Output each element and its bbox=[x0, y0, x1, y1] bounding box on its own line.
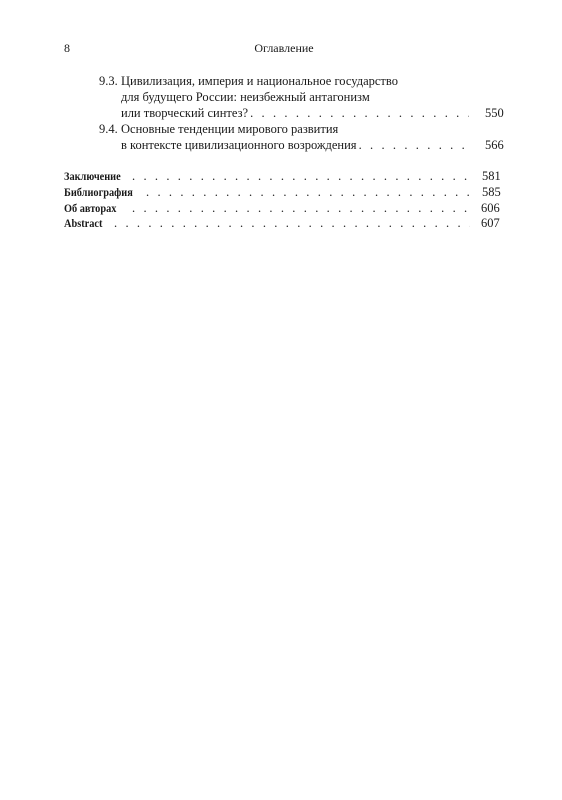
toc-chapter-conclusion[interactable]: Заключение . . . . . . . . . . . . . . .… bbox=[64, 169, 470, 184]
toc-page-number: 581 bbox=[482, 169, 501, 184]
toc-entry-line-leader: или творческий синтез? . . . . . . . . .… bbox=[121, 106, 469, 121]
dot-leader: . . . . . . . . . . . . . . . . . . . . … bbox=[132, 201, 470, 216]
toc-entry-9-3[interactable]: 9.3. bbox=[99, 74, 118, 89]
toc-entry-line-leader: в контексте цивилизационного возрождения… bbox=[121, 138, 469, 153]
toc-page-number: 550 bbox=[485, 106, 504, 121]
toc-page-number: 585 bbox=[482, 185, 501, 200]
toc-chapter-authors[interactable]: Об авторах . . . . . . . . . . . . . . .… bbox=[64, 201, 470, 216]
toc-chapter-bibliography[interactable]: Библиография . . . . . . . . . . . . . .… bbox=[64, 185, 470, 200]
dot-leader: . . . . . . . . . . . . . . . . . . . . … bbox=[359, 138, 469, 153]
toc-page-number: 566 bbox=[485, 138, 504, 153]
toc-entry-9-4[interactable]: 9.4. bbox=[99, 122, 118, 137]
toc-chapter-abstract[interactable]: Abstract . . . . . . . . . . . . . . . .… bbox=[64, 216, 470, 231]
toc-entry-line: Основные тенденции мирового развития bbox=[121, 122, 338, 137]
toc-page-number: 606 bbox=[481, 201, 500, 216]
dot-leader: . . . . . . . . . . . . . . . . . . . . … bbox=[250, 106, 469, 121]
dot-leader: . . . . . . . . . . . . . . . . . . . . … bbox=[132, 169, 470, 184]
dot-leader: . . . . . . . . . . . . . . . . . . . . … bbox=[146, 185, 470, 200]
running-title: Оглавление bbox=[64, 41, 504, 56]
page-header: 8 Оглавление bbox=[64, 41, 504, 57]
toc-entry-line: Цивилизация, империя и национальное госу… bbox=[121, 74, 398, 89]
dot-leader: . . . . . . . . . . . . . . . . . . . . … bbox=[114, 216, 470, 231]
toc-page-number: 607 bbox=[481, 216, 500, 231]
toc-entry-line: для будущего России: неизбежный антагони… bbox=[121, 90, 370, 105]
